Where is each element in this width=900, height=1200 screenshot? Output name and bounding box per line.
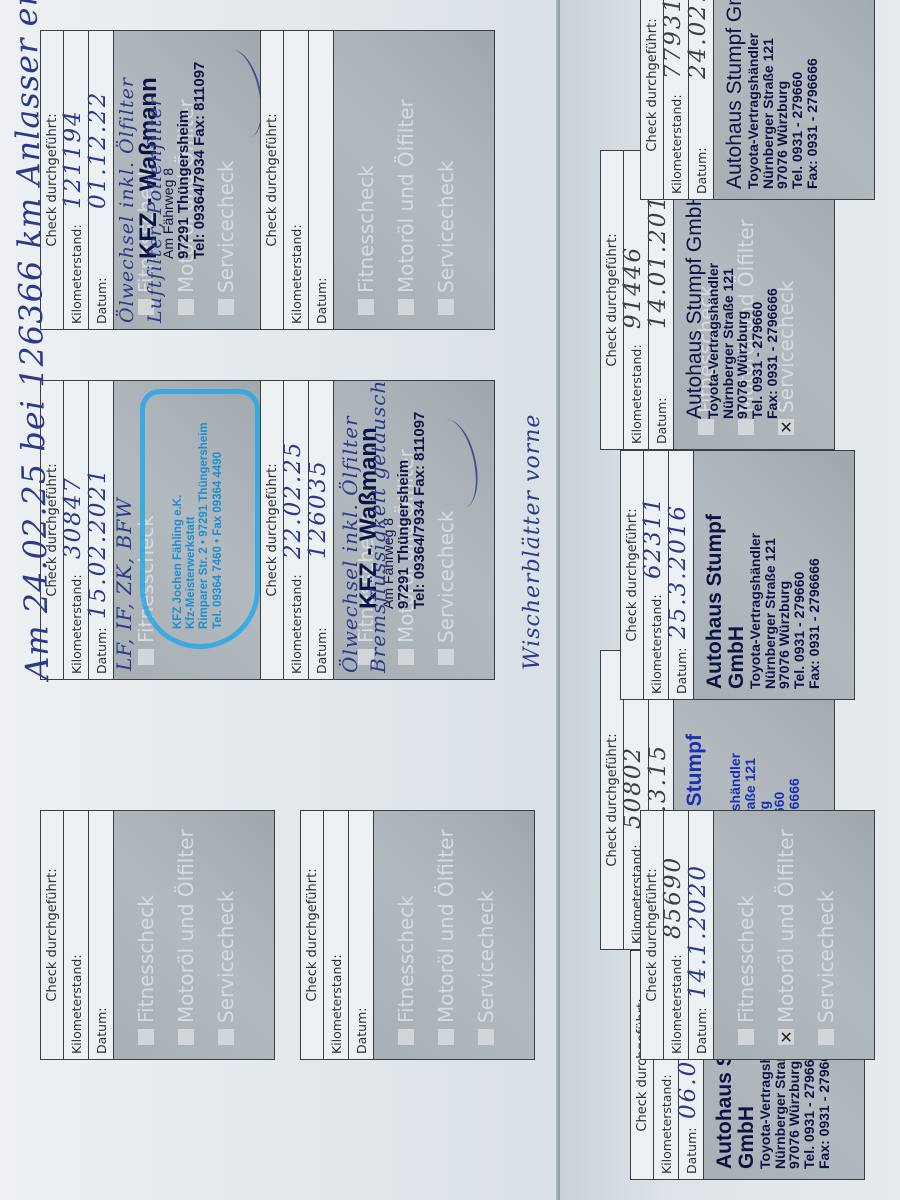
checkbox[interactable] [138, 649, 154, 665]
checkbox[interactable] [438, 1029, 454, 1045]
check-card: Check durchgeführt: Kilometerstand: Datu… [300, 810, 560, 1060]
date-label: Datum: [654, 398, 669, 445]
date-label: Datum: [674, 648, 689, 695]
mileage-value: 30847 [60, 476, 86, 559]
mileage-row: Kilometerstand: [323, 810, 348, 1060]
option-servicecheck[interactable]: Servicecheck [466, 811, 506, 1045]
remark-line: Luftfilter, Pollenfilter [144, 96, 166, 323]
option-oil[interactable]: Motoröl und Ölfilter [426, 811, 466, 1045]
options-panel: Autohaus Stumpf GmbH Toyota-Vertragshänd… [713, 0, 875, 200]
options-panel: Fitnesscheck KFZ Jochen Fähling e.K. Kfz… [113, 380, 275, 680]
checkbox[interactable] [138, 1029, 154, 1045]
date-row: Datum: 15.02.2021 [88, 380, 113, 680]
date-label: Datum: [314, 628, 329, 675]
options-panel: Fitnesscheck Motoröl und Ölfilter Servic… [333, 30, 495, 330]
option-oil[interactable]: Motoröl und Ölfilter [166, 811, 206, 1045]
options-panel: Fitnesscheck Motoröl und Ölfilter Servic… [113, 810, 275, 1060]
mileage-label: Kilometerstand: [669, 94, 684, 194]
remark-line: Bremsflüssigkeit getauscht [366, 380, 390, 673]
date-label: Datum: [354, 1008, 369, 1055]
option-servicecheck[interactable]: Servicecheck [206, 811, 246, 1045]
mileage-value: 126035 [305, 459, 331, 559]
check-card: Check durchgeführt: Kilometerstand:85690… [640, 810, 900, 1060]
options-panel: Fitnesscheck Motoröl und Ölfilter Servic… [333, 380, 495, 680]
checkbox[interactable] [738, 1029, 754, 1045]
photo-stage: Check durchgeführt: Kilometerstand: 3084… [0, 0, 900, 1200]
check-card: Check durchgeführt: Kilometerstand: Datu… [260, 30, 520, 330]
option-fitnesscheck[interactable]: Fitnesscheck [346, 31, 386, 315]
option-oil[interactable]: ✕Motoröl und Ölfilter [766, 811, 806, 1045]
card-header: Check durchgeführt: [260, 30, 283, 330]
checkbox[interactable] [218, 1029, 234, 1045]
option-servicecheck[interactable]: Servicecheck [426, 31, 466, 315]
date-label: Datum: [694, 1008, 709, 1055]
checkbox[interactable] [478, 1029, 494, 1045]
date-label: Datum: [94, 628, 109, 675]
checkbox[interactable] [398, 299, 414, 315]
checkbox[interactable] [698, 419, 714, 435]
date-value: 14.01.2018 [645, 177, 671, 329]
date-label: Datum: [94, 1008, 109, 1055]
date-row: Datum:14.1.2020 [688, 810, 713, 1060]
check-card: Check durchgeführt: Kilometerstand: 22.0… [260, 380, 520, 680]
check-card: Check durchgeführt: Kilometerstand:77931… [640, 0, 900, 200]
date-row: Datum: [308, 30, 333, 330]
mileage-value: 62311 [640, 496, 666, 579]
checkbox[interactable] [398, 649, 414, 665]
date-value: 25.3.2016 [665, 504, 691, 639]
checkbox[interactable] [178, 1029, 194, 1045]
date-row: Datum: [348, 810, 373, 1060]
checkbox[interactable] [178, 299, 194, 315]
date-value: 15.02.2021 [85, 467, 111, 619]
check-card: Check durchgeführt: Kilometerstand:62311… [620, 450, 880, 700]
mileage-value: 91446 [620, 246, 646, 329]
mileage-value: 77931 [660, 0, 686, 79]
checkbox[interactable] [438, 649, 454, 665]
mileage-value: 85690 [660, 856, 686, 939]
option-oil[interactable]: Motoröl und Ölfilter [386, 31, 426, 315]
mileage-label: Kilometerstand: [69, 224, 84, 324]
mileage-label: Kilometerstand: [329, 954, 344, 1054]
checkbox-checked[interactable]: ✕ [778, 419, 794, 435]
date-value: 01.12.22 [85, 91, 111, 209]
card-header: Check durchgeführt: [40, 810, 63, 1060]
date-value: 24.02.2018 [685, 0, 711, 79]
date-row: Datum:25.3.2016 [668, 450, 693, 700]
mileage-label: Kilometerstand: [69, 954, 84, 1054]
options-panel: Autohaus Stumpf GmbH Toyota-Vertragshänd… [693, 450, 855, 700]
mileage-row: Kilometerstand: [63, 810, 88, 1060]
mileage-row: Kilometerstand: [283, 30, 308, 330]
mileage-label: Kilometerstand: [289, 574, 304, 674]
date-row: Datum:24.02.2018 [688, 0, 713, 200]
checkbox[interactable] [398, 1029, 414, 1045]
remark-line: Ölwechsel inkl. Ölfilter [116, 77, 138, 323]
checkbox-checked[interactable]: ✕ [778, 1029, 794, 1045]
checkbox[interactable] [358, 299, 374, 315]
mileage-label: Kilometerstand: [629, 344, 644, 444]
dealer-stamp: Autohaus Stumpf GmbH Toyota-Vertragshänd… [684, 179, 779, 419]
date-row: Datum: 01.12.22 [88, 30, 113, 330]
card-header: Check durchgeführt: [300, 810, 323, 1060]
options-panel: Fitnesscheck Motoröl und Ölfilter Servic… [373, 810, 535, 1060]
date-row: Datum: 126035 [308, 380, 333, 680]
side-note: Wischerblätter vorne [520, 414, 545, 670]
option-fitnesscheck[interactable]: Fitnesscheck [726, 811, 766, 1045]
checkbox[interactable] [438, 299, 454, 315]
date-row: Datum: [88, 810, 113, 1060]
remark-line: Ölwechsel inkl. Ölfilter [338, 415, 362, 673]
mileage-value: 121194 [60, 109, 86, 209]
date-label: Datum: [684, 1128, 699, 1175]
option-fitnesscheck[interactable]: Fitnesscheck [386, 811, 426, 1045]
checkbox[interactable] [738, 419, 754, 435]
mileage-label: Kilometerstand: [659, 1074, 674, 1174]
mileage-label: Kilometerstand: [669, 954, 684, 1054]
options-panel: Fitnesscheck ✕Motoröl und Ölfilter Servi… [713, 810, 875, 1060]
remark: LF, IF, ZK, BFW [113, 497, 136, 671]
option-fitnesscheck[interactable]: Fitnesscheck [126, 811, 166, 1045]
mileage-label: Kilometerstand: [649, 594, 664, 694]
option-servicecheck[interactable]: Servicecheck [806, 811, 846, 1045]
date-value: 14.1.2020 [685, 864, 711, 999]
dealer-stamp: Autohaus Stumpf GmbH Toyota-Vertragshänd… [724, 0, 819, 189]
check-card: Check durchgeführt: Kilometerstand: Datu… [40, 810, 300, 1060]
mileage-label: Kilometerstand: [289, 224, 304, 324]
dealer-stamp: Autohaus Stumpf GmbH Toyota-Vertragshänd… [704, 450, 822, 689]
date-value: 22.02.25 [280, 441, 306, 559]
date-label: Datum: [694, 148, 709, 195]
mileage-label: Kilometerstand: [69, 574, 84, 674]
checkbox[interactable] [218, 299, 234, 315]
date-label: Datum: [94, 278, 109, 325]
date-label: Datum: [314, 278, 329, 325]
options-panel: Fitnesscheck Motoröl und Ölfilter Servic… [113, 30, 275, 330]
checkbox[interactable] [818, 1029, 834, 1045]
